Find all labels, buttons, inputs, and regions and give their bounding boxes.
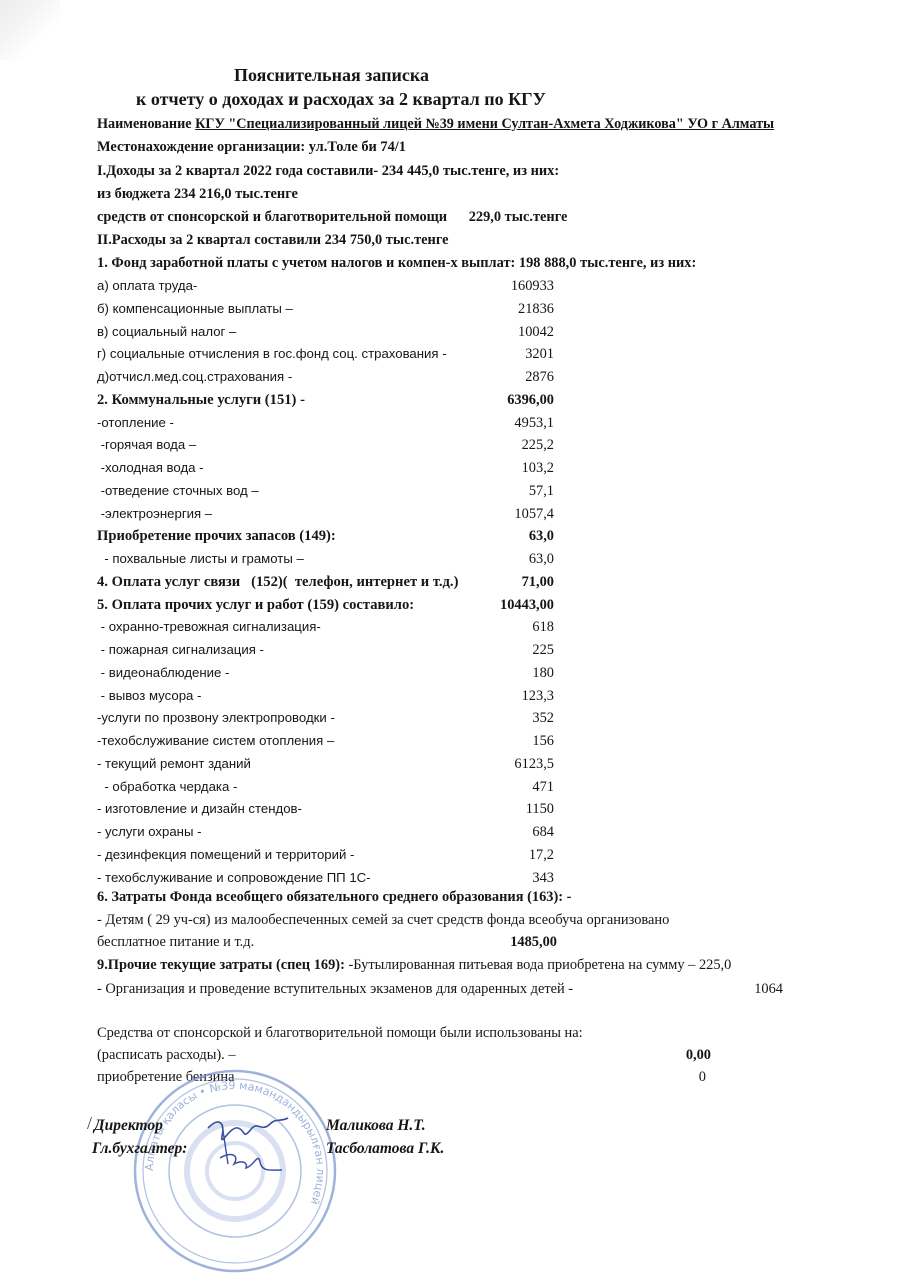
other-services-item-value: 123,3 xyxy=(440,687,554,705)
other-services-total-label: 5. Оплата прочих услуг и работ (159) сос… xyxy=(97,596,414,614)
document-subtitle: к отчету о доходах и расходах за 2 кварт… xyxy=(136,90,546,108)
utilities-item-value: 225,2 xyxy=(440,436,554,454)
other-services-item-label: - видеонаблюдение - xyxy=(97,664,229,682)
other-services-item-label: - услуги охраны - xyxy=(97,823,202,841)
other-services-item-label: - изготовление и дизайн стендов- xyxy=(97,800,302,818)
other-services-item-value: 471 xyxy=(440,778,554,796)
sponsor-value: 229,0 тыс.тенге xyxy=(469,209,568,225)
payroll-item-value: 3201 xyxy=(440,345,554,363)
utilities-item-label: -холодная вода - xyxy=(97,459,204,477)
director-title: Директор xyxy=(94,1117,163,1135)
organization-name: Наименование КГУ "Специализированный лиц… xyxy=(97,115,774,133)
utilities-item-label: -отопление - xyxy=(97,414,174,432)
other-services-item-value: 156 xyxy=(440,732,554,750)
other-services-item-label: - пожарная сигнализация - xyxy=(97,641,264,659)
payroll-item-label: д)отчисл.мед.соц.страхования - xyxy=(97,368,292,386)
document-page: Пояснительная записка к отчету о доходах… xyxy=(0,0,900,1280)
payroll-item-label: в) социальный налог – xyxy=(97,323,236,341)
utilities-item-value: 57,1 xyxy=(440,482,554,500)
education-value: 1485,00 xyxy=(380,933,557,951)
payroll-item-label: а) оплата труда- xyxy=(97,277,197,295)
gasoline-value: 0 xyxy=(600,1068,706,1086)
sponsorship-use-value: 0,00 xyxy=(600,1046,711,1064)
other-services-item-value: 1150 xyxy=(440,800,554,818)
other-services-item-label: - обработка чердака - xyxy=(97,778,237,796)
other-services-item-value: 6123,5 xyxy=(440,755,554,773)
organization-location: Местонахождение организации: ул.Толе би … xyxy=(97,138,406,156)
income-total: I.Доходы за 2 квартал 2022 года составил… xyxy=(97,162,559,180)
signature-mark: / xyxy=(87,1114,92,1132)
exams-label: - Организация и проведение вступительных… xyxy=(97,980,573,998)
payroll-item-label: г) социальные отчисления в гос.фонд соц.… xyxy=(97,345,447,363)
payroll-item-label: б) компенсационные выплаты – xyxy=(97,300,293,318)
other-services-item-label: - техобслуживание и сопровождение ПП 1С- xyxy=(97,869,371,887)
other-services-item-value: 352 xyxy=(440,709,554,727)
other-current-expenses: 9.Прочие текущие затраты (спец 169): -Бу… xyxy=(97,956,731,974)
other-services-item-label: - дезинфекция помещений и территорий - xyxy=(97,846,354,864)
sponsor-label: средств от спонсорской и благотворительн… xyxy=(97,209,447,225)
utilities-item-label: -горячая вода – xyxy=(97,436,196,454)
payroll-item-value: 10042 xyxy=(440,323,554,341)
name-label: Наименование xyxy=(97,116,192,132)
sponsorship-use-line-2: (расписать расходы). – xyxy=(97,1046,236,1064)
payroll-item-value: 2876 xyxy=(440,368,554,386)
other-current-detail: -Бутылированная питьевая вода приобретен… xyxy=(345,957,731,973)
communications-total-label: 4. Оплата услуг связи (152)( телефон, ин… xyxy=(97,573,458,591)
other-services-item-label: - текущий ремонт зданий xyxy=(97,755,251,773)
utilities-item-label: -отведение сточных вод – xyxy=(97,482,259,500)
supplies-item-value: 63,0 xyxy=(440,550,554,568)
other-services-item-value: 343 xyxy=(440,869,554,887)
sponsorship-use-line-1: Средства от спонсорской и благотворитель… xyxy=(97,1024,583,1042)
education-fund-heading: 6. Затраты Фонда всеобщего обязательного… xyxy=(97,888,571,906)
supplies-total-value: 63,0 xyxy=(440,527,554,545)
other-services-item-value: 618 xyxy=(440,618,554,636)
official-stamp-icon: Алматы қаласы • №39 мамандандырылған лиц… xyxy=(130,1066,340,1276)
other-services-item-label: - охранно-тревожная сигнализация- xyxy=(97,618,321,636)
other-services-item-value: 17,2 xyxy=(440,846,554,864)
income-budget: из бюджета 234 216,0 тыс.тенге xyxy=(97,185,298,203)
other-services-item-value: 684 xyxy=(440,823,554,841)
accountant-title: Гл.бухгалтер: xyxy=(92,1140,187,1158)
income-sponsor: средств от спонсорской и благотворительн… xyxy=(97,208,567,226)
utilities-item-value: 103,2 xyxy=(440,459,554,477)
supplies-item-label: - похвальные листы и грамоты – xyxy=(97,550,304,568)
director-name: Маликова Н.Т. xyxy=(326,1117,426,1135)
payroll-heading: 1. Фонд заработной платы с учетом налого… xyxy=(97,254,696,272)
expenses-total: II.Расходы за 2 квартал составили 234 75… xyxy=(97,231,449,249)
other-services-item-value: 225 xyxy=(440,641,554,659)
other-services-item-label: -техобслуживание систем отопления – xyxy=(97,732,334,750)
payroll-item-value: 160933 xyxy=(440,277,554,295)
education-line-1: - Детям ( 29 уч-ся) из малообеспеченных … xyxy=(97,911,669,929)
utilities-total-label: 2. Коммунальные услуги (151) - xyxy=(97,391,305,409)
accountant-name: Тасболатова Г.К. xyxy=(326,1140,444,1158)
communications-total-value: 71,00 xyxy=(440,573,554,591)
supplies-total-label: Приобретение прочих запасов (149): xyxy=(97,527,336,545)
exams-value: 1064 xyxy=(680,980,783,998)
other-current-label: 9.Прочие текущие затраты (спец 169): xyxy=(97,957,345,973)
utilities-total-value: 6396,00 xyxy=(440,391,554,409)
payroll-item-value: 21836 xyxy=(440,300,554,318)
other-services-item-label: - вывоз мусора - xyxy=(97,687,201,705)
utilities-item-value: 1057,4 xyxy=(440,505,554,523)
other-services-item-label: -услуги по прозвону электропроводки - xyxy=(97,709,335,727)
page-fold-shadow xyxy=(0,0,60,60)
other-services-total-value: 10443,00 xyxy=(440,596,554,614)
document-title: Пояснительная записка xyxy=(234,66,429,84)
name-value: КГУ "Специализированный лицей №39 имени … xyxy=(195,116,774,132)
utilities-item-label: -электроэнергия – xyxy=(97,505,212,523)
utilities-item-value: 4953,1 xyxy=(440,414,554,432)
other-services-item-value: 180 xyxy=(440,664,554,682)
education-line-2: бесплатное питание и т.д. xyxy=(97,933,254,951)
